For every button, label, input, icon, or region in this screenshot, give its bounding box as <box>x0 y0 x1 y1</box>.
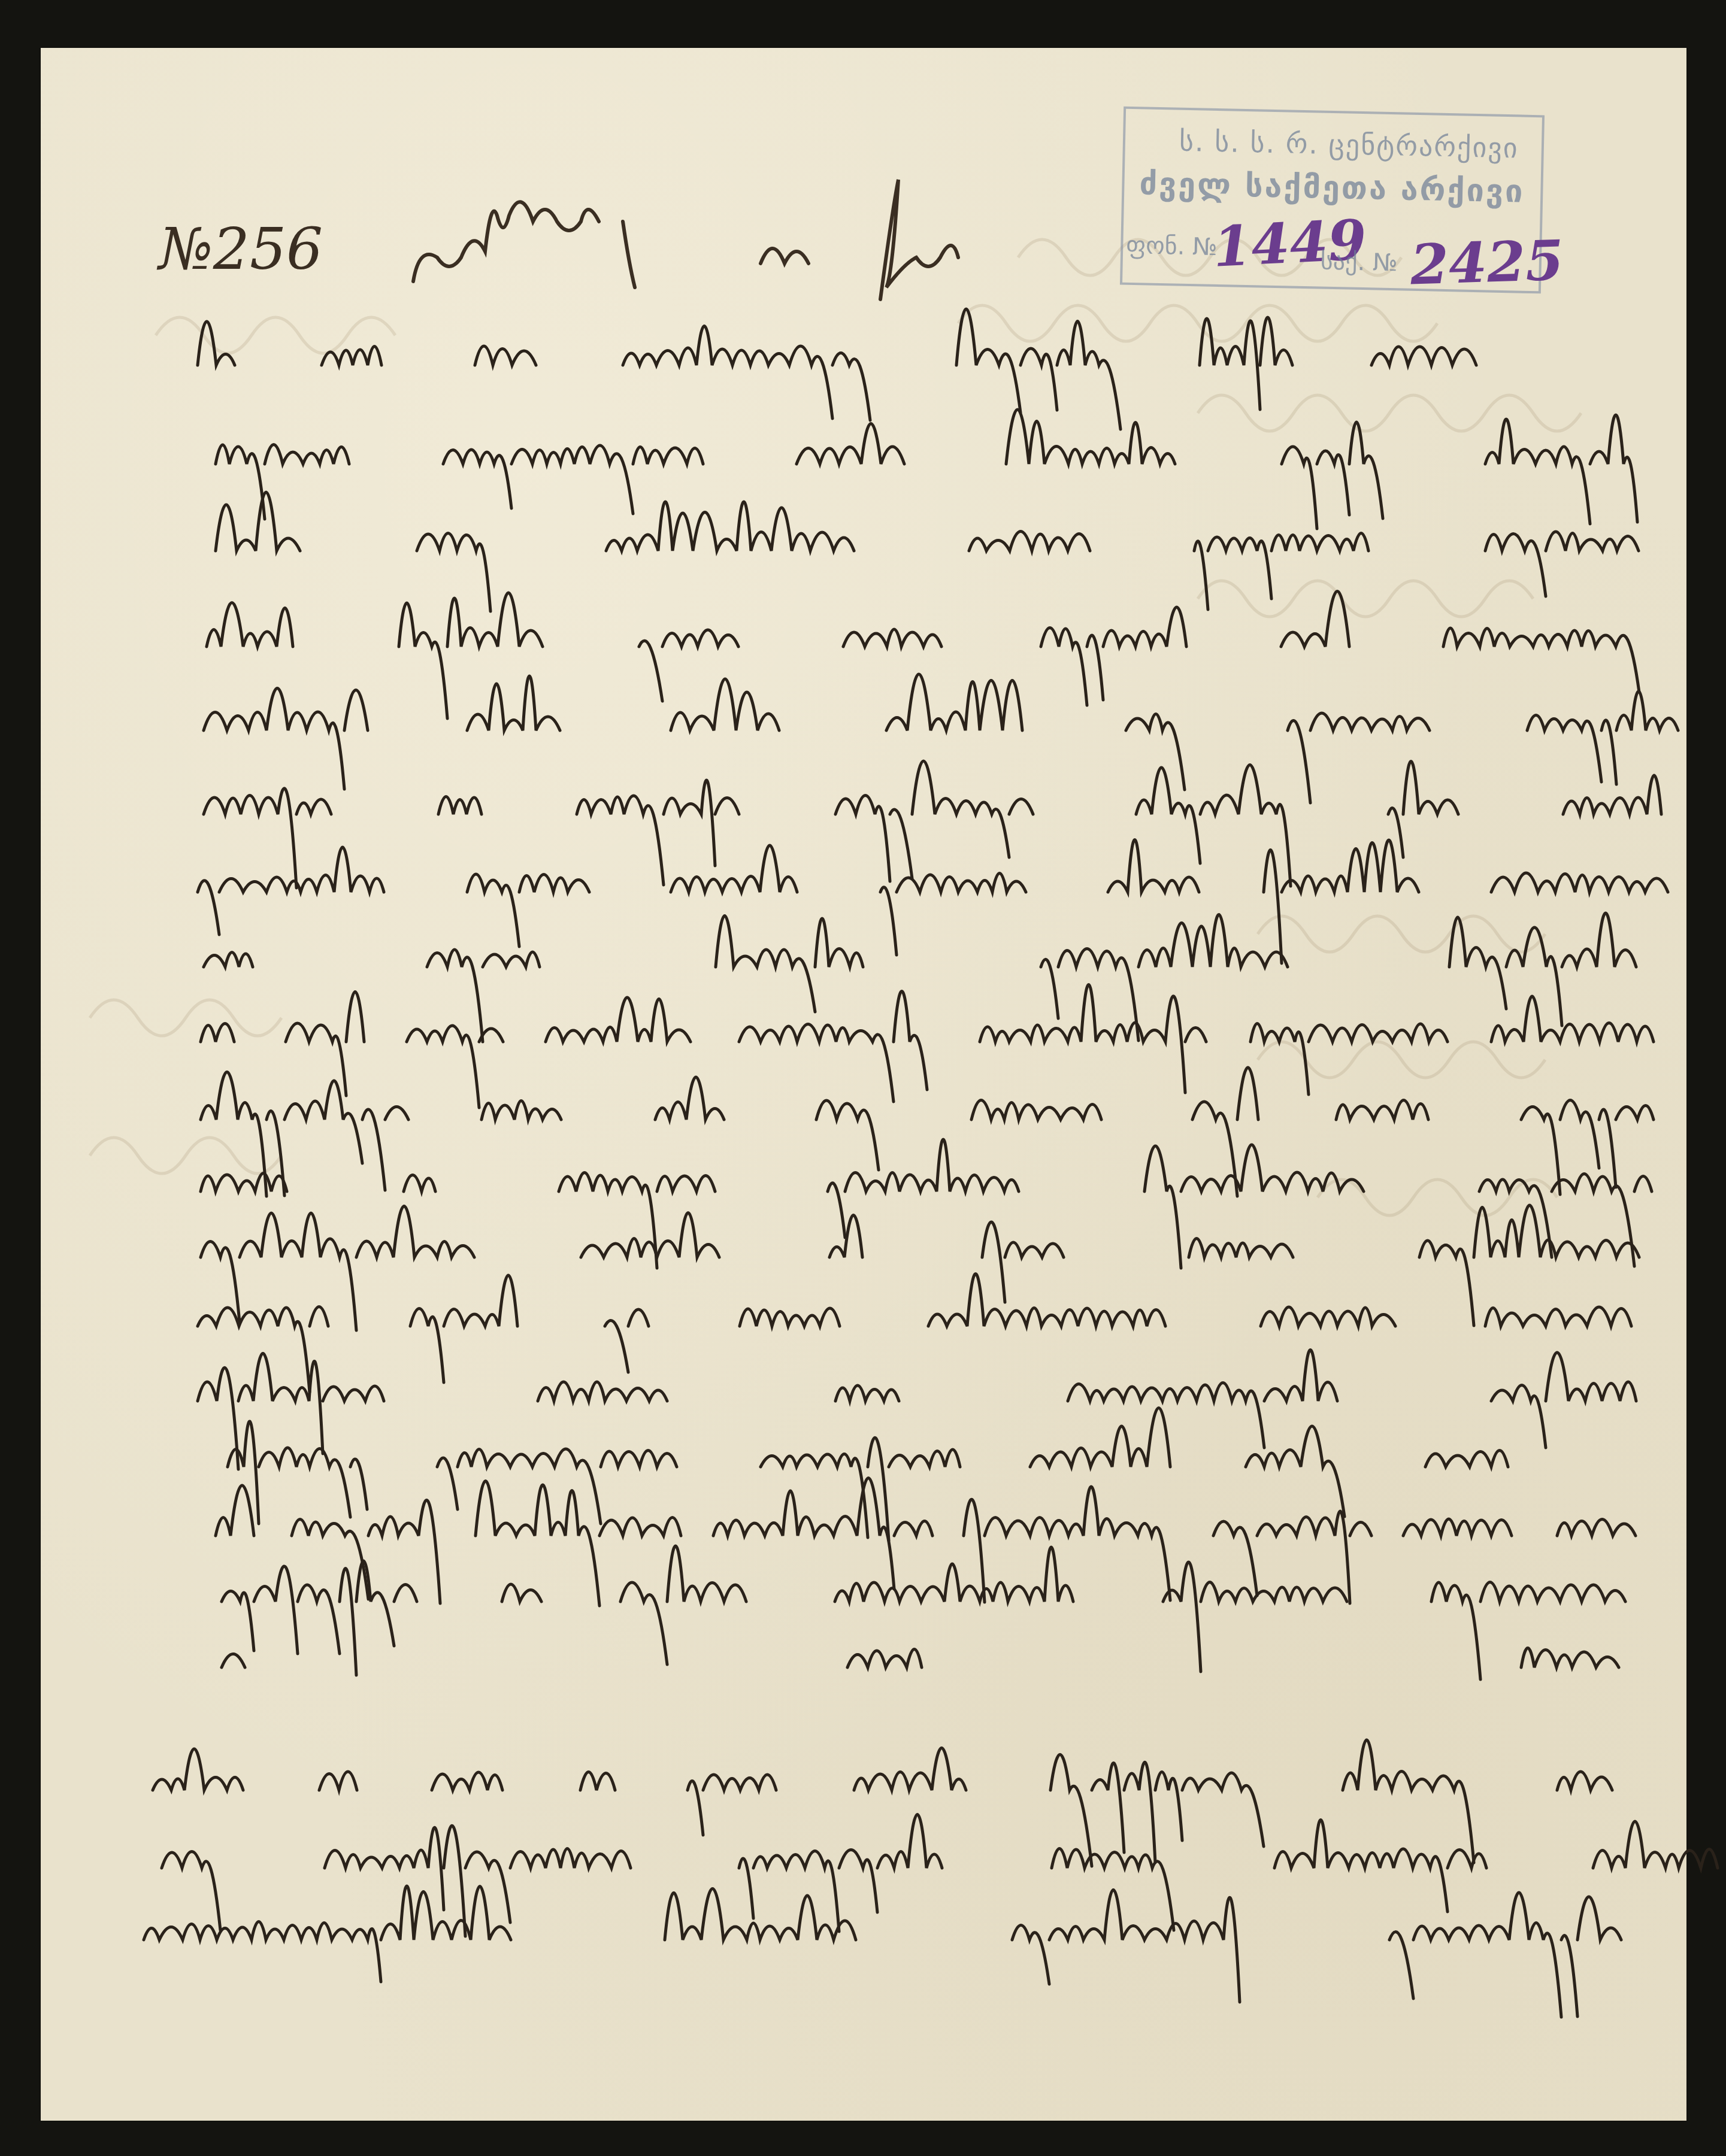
document-number: №256 <box>159 216 323 283</box>
archive-stamp: ს. ს. ს. რ. ცენტრარქივი ძველ საქმეთა არქ… <box>1120 107 1545 294</box>
manuscript-page <box>41 48 1686 2121</box>
stamp-fond-label: ფონ. № <box>1126 232 1218 261</box>
stamp-line-1: ს. ს. ს. რ. ცენტრარქივი <box>1179 125 1519 165</box>
stamp-case-label: საქ. № <box>1320 248 1398 277</box>
stamp-line-2: ძველ საქმეთა არქივი <box>1139 166 1525 210</box>
stamp-case-number: 2425 <box>1409 228 1564 297</box>
